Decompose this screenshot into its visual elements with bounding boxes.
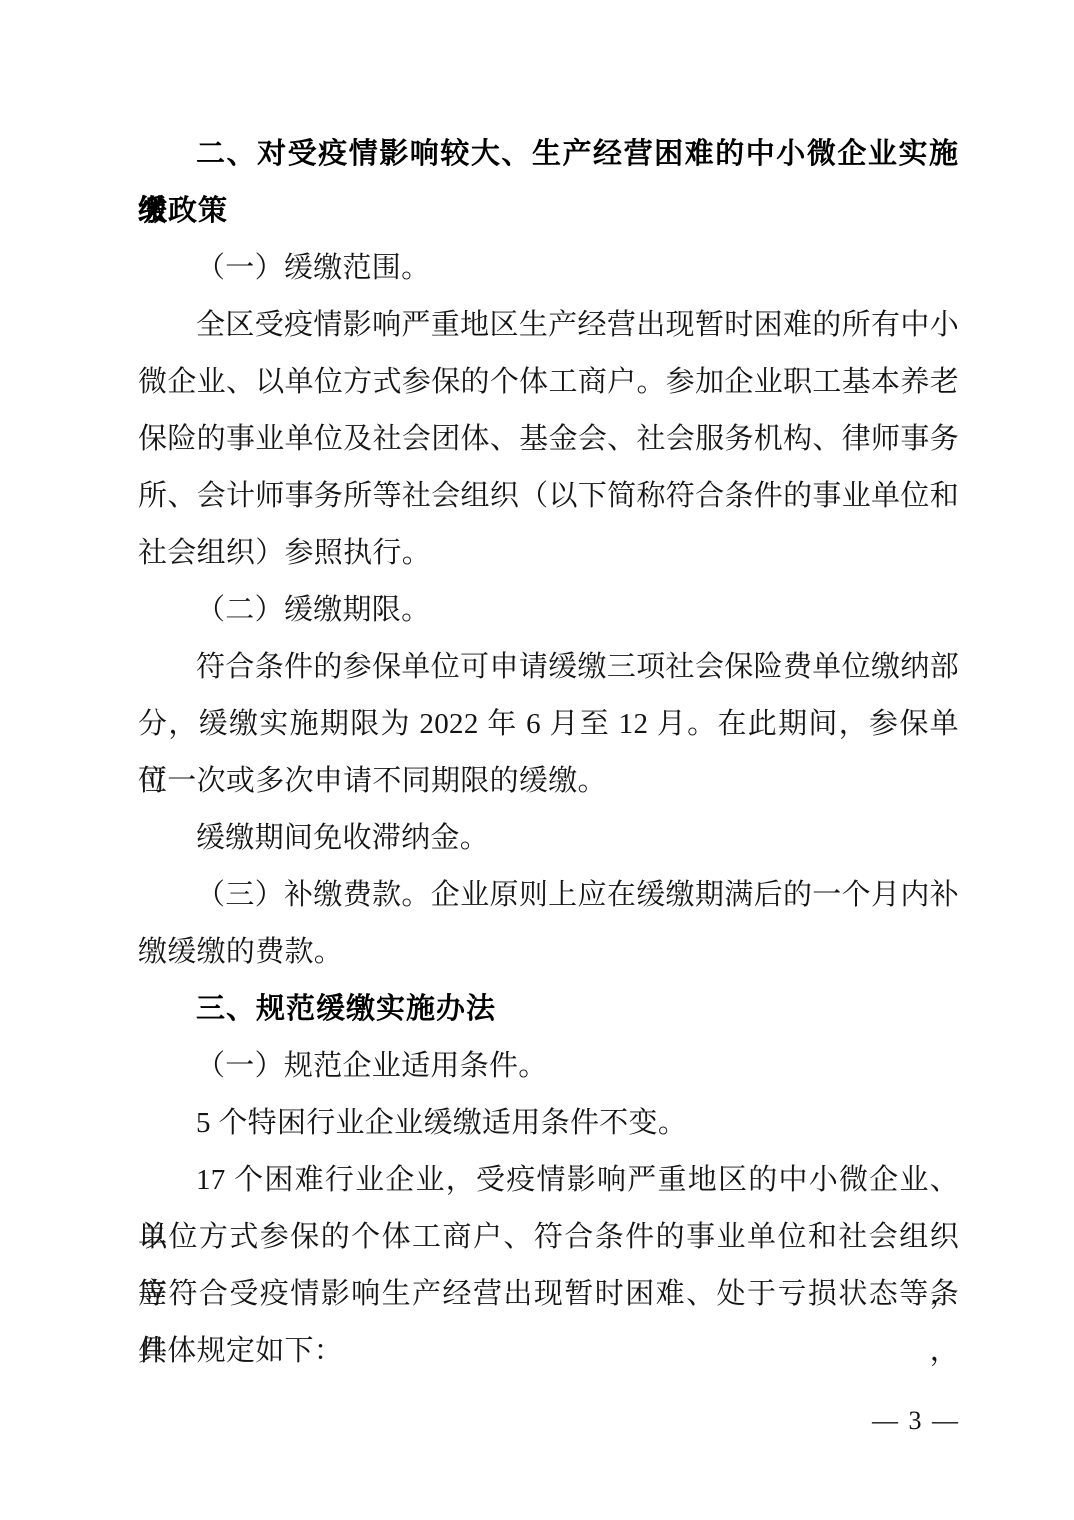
body-line: 单位方式参保的个体工商户、符合条件的事业单位和社会组织等，	[138, 1209, 959, 1266]
section-heading-line: 三、规范缓缴实施办法	[138, 981, 959, 1038]
body-line: 缴缓缴的费款。	[138, 924, 959, 981]
body-line: 保险的事业单位及社会团体、基金会、社会服务机构、律师事务	[138, 411, 959, 468]
clause-heading: （一）规范企业适用条件。	[138, 1038, 959, 1095]
clause-heading: （一）缓缴范围。	[138, 240, 959, 297]
section-heading-line: 二、对受疫情影响较大、生产经营困难的中小微企业实施缓	[138, 126, 959, 183]
body-line: 17 个困难行业企业，受疫情影响严重地区的中小微企业、以	[138, 1152, 959, 1209]
body-line: 分，缓缴实施期限为 2022 年 6 月至 12 月。在此期间，参保单位	[138, 696, 959, 753]
body-line: 所、会计师事务所等社会组织（以下简称符合条件的事业单位和	[138, 468, 959, 525]
body-line: 符合条件的参保单位可申请缓缴三项社会保险费单位缴纳部	[138, 639, 959, 696]
body-line: 全区受疫情影响严重地区生产经营出现暂时困难的所有中小	[138, 297, 959, 354]
body-line: （三）补缴费款。企业原则上应在缓缴期满后的一个月内补	[138, 867, 959, 924]
section-heading-line: 缴政策	[138, 183, 959, 240]
page-number: — 3 —	[872, 1406, 960, 1436]
body-line: 微企业、以单位方式参保的个体工商户。参加企业职工基本养老	[138, 354, 959, 411]
body-line: 应符合受疫情影响生产经营出现暂时困难、处于亏损状态等条件，	[138, 1266, 959, 1323]
body-line: 缓缴期间免收滞纳金。	[138, 810, 959, 867]
body-line: 社会组织）参照执行。	[138, 525, 959, 582]
document-page: 二、对受疫情影响较大、生产经营困难的中小微企业实施缓 缴政策 （一）缓缴范围。 …	[0, 0, 1074, 1520]
body-line: 5 个特困行业企业缓缴适用条件不变。	[138, 1095, 959, 1152]
document-text-block: 二、对受疫情影响较大、生产经营困难的中小微企业实施缓 缴政策 （一）缓缴范围。 …	[138, 126, 959, 1380]
body-line: 可一次或多次申请不同期限的缓缴。	[138, 753, 959, 810]
clause-heading: （二）缓缴期限。	[138, 582, 959, 639]
